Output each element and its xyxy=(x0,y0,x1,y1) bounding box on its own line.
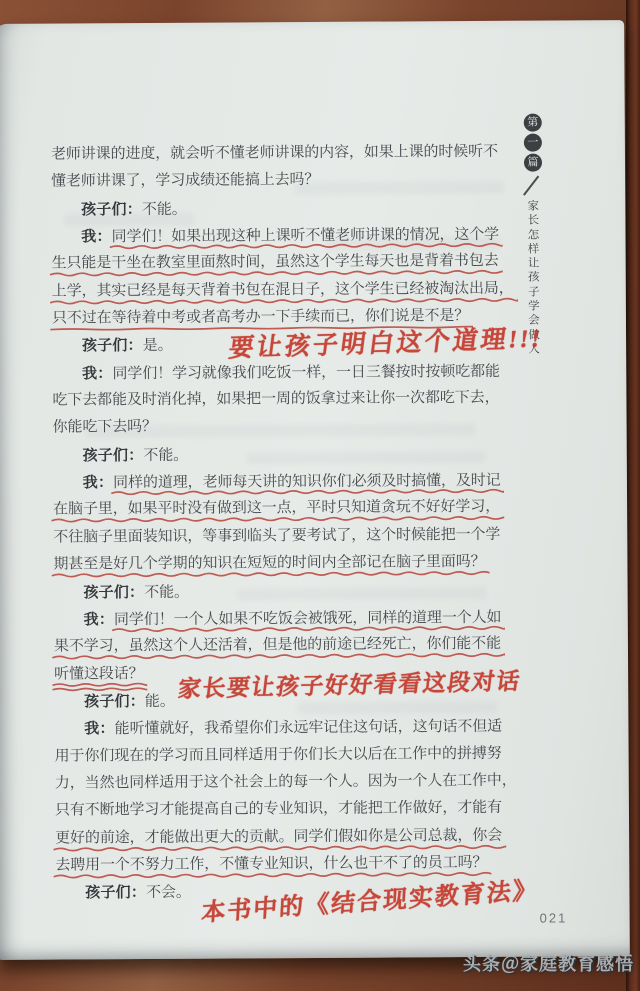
text-line: 期甚至是好几个学期的知识在短短的时间内全部记在脑子里面吗？ xyxy=(53,549,533,579)
page-number: 021 xyxy=(540,910,568,925)
text-line: 用于你们现在的学习而且同样适用于你们长大以后在工作中的拼搏努 xyxy=(55,740,535,770)
speaker-label: 孩子们： xyxy=(83,447,144,464)
text-line: 我：同学们！一个人如果不吃饭会被饿死，同样的道理一个人如 xyxy=(54,603,534,633)
section-title-char: 子 xyxy=(526,285,542,299)
text-line: 孩子们：不能。 xyxy=(53,439,533,469)
speaker-label: 我： xyxy=(84,611,115,628)
text-line: 吃下去都能及时消化掉，如果把一周的饭拿过来让你一次都吃下去， xyxy=(52,385,532,415)
speaker-label: 我： xyxy=(83,474,114,491)
chapter-badge-char: 一 xyxy=(524,134,542,152)
section-title-char: 家 xyxy=(525,200,541,214)
speaker-label: 孩子们： xyxy=(82,337,143,354)
speaker-label: 我： xyxy=(81,228,112,245)
book-page-photo: 老师讲课的进度，就会听不懂老师讲课的内容，如果上课的时候听不懂老师讲课了，学习成… xyxy=(0,0,640,991)
speaker-label: 我： xyxy=(82,365,113,382)
text-line: 果不学习，虽然这个人还活着，但是他的前途已经死亡，你们能不能 xyxy=(54,631,534,661)
text-line: 不往脑子里面装知识，等事到临头了要考试了，这个时候能把一个学 xyxy=(53,521,533,551)
section-title-char: 孩 xyxy=(526,271,542,285)
speaker-label: 孩子们： xyxy=(83,584,144,601)
text-line: 生只能是干坐在教室里面熬时间，虽然这个学生每天也是背着书包去 xyxy=(52,248,532,278)
text-line: 孩子们：不能。 xyxy=(54,576,534,606)
speaker-label: 孩子们： xyxy=(81,201,142,218)
section-title-char: 长 xyxy=(525,214,541,228)
text-line: 力，当然也同样适用于这个社会上的每一个人。因为一个人在工作中， xyxy=(55,768,535,798)
watermark: 头条＠家庭教育感悟 xyxy=(463,950,634,976)
chapter-badge: 第一篇 xyxy=(518,114,552,172)
text-line: 我：同学们！如果出现这种上课听不懂老师讲课的情况，这个学 xyxy=(51,221,531,251)
text-line: 懂老师讲课了，学习成绩还能搞上去吗？ xyxy=(51,166,531,196)
text-line: 你能吃下去吗？ xyxy=(53,412,533,442)
text-line: 孩子们：不能。 xyxy=(51,193,531,223)
section-title-char: 怎 xyxy=(525,228,541,242)
speaker-label: 我： xyxy=(84,720,115,737)
chapter-badge-char: 第 xyxy=(524,114,542,132)
speaker-label: 孩子们： xyxy=(85,884,146,901)
handwritten-annotations-layer: 要让孩子明白这个道理!!!家长要让孩子好好看看这段对话本书中的《结合现实教育法》 xyxy=(0,20,624,24)
tab-slash-divider xyxy=(523,176,539,196)
text-line: 只有不断地学习才能提高自己的专业知识，才能把工作做好，才能有 xyxy=(55,795,535,825)
printed-text-block: 老师讲课的进度，就会听不懂老师讲课的内容，如果上课的时候听不懂老师讲课了，学习成… xyxy=(51,139,536,908)
section-title-char: 学 xyxy=(526,300,542,314)
text-line: 我：能听懂就好，我希望你们永远牢记住这句话，这句话不但适 xyxy=(54,713,534,743)
text-line: 更好的前途，才能做出更大的贡献。同学们假如你是公司总裁，你会 xyxy=(55,822,535,852)
text-line: 我：同样的道理，老师每天讲的知识你们必须及时搞懂，及时记 xyxy=(53,467,533,497)
speaker-label: 孩子们： xyxy=(84,693,145,710)
chapter-badge-char: 篇 xyxy=(524,154,542,172)
text-line: 在脑子里，如果平时没有做到这一点，平时只知道贪玩不好好学习， xyxy=(53,494,533,524)
book-page: 老师讲课的进度，就会听不懂老师讲课的内容，如果上课的时候听不懂老师讲课了，学习成… xyxy=(0,20,630,960)
text-line: 上学，其实已经是每天背着书包在混日子，这个学生已经被淘汰出局， xyxy=(52,275,532,305)
section-title-char: 样 xyxy=(525,242,541,256)
section-title-char: 让 xyxy=(526,257,542,271)
text-line: 老师讲课的进度，就会听不懂老师讲课的内容，如果上课的时候听不 xyxy=(51,139,531,169)
